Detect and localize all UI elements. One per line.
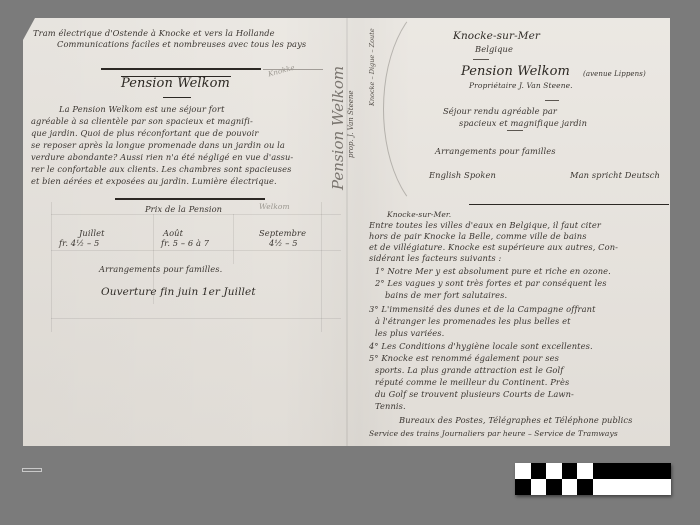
left-body-line: La Pension Welkom est une séjour fort xyxy=(59,104,225,115)
right-english: English Spoken xyxy=(429,170,496,181)
price-value-juillet: fr. 4½ – 5 xyxy=(59,238,99,249)
right-line-3: Arrangements pour familles xyxy=(435,146,556,157)
right-body-line: et de villégiature. Knocke est supérieur… xyxy=(369,242,618,253)
right-services-line-1: Bureaux des Postes, Télégraphes et Télép… xyxy=(399,415,633,426)
pencil-note-top: Knokke xyxy=(267,63,296,81)
right-line-1: Séjour rendu agréable par xyxy=(443,106,557,117)
right-divider xyxy=(473,59,489,60)
scale-cell xyxy=(531,463,547,479)
scale-bar xyxy=(515,463,671,495)
scale-cell xyxy=(546,463,562,479)
right-divider xyxy=(545,100,559,101)
right-body-line: réputé comme le meilleur du Continent. P… xyxy=(375,377,569,388)
right-body-line: bains de mer fort salutaires. xyxy=(385,290,507,301)
left-body-line: que jardin. Quoi de plus réconfortant qu… xyxy=(31,128,258,139)
opening-line: Ouverture fin juin 1er Juillet xyxy=(101,286,256,299)
right-divider xyxy=(507,130,523,131)
scan-marker xyxy=(22,468,42,472)
price-pencil-note: Welkom xyxy=(259,201,290,212)
right-title: Pension Welkom xyxy=(461,64,570,79)
pencil-ruling xyxy=(321,202,322,332)
scale-cell xyxy=(577,479,593,495)
scale-cell xyxy=(562,463,578,479)
right-country: Belgique xyxy=(475,44,513,55)
scale-cell xyxy=(531,479,547,495)
right-proprietor: Propriétaire J. Van Steene. xyxy=(469,80,573,91)
right-body-line: du Golf se trouvent plusieurs Courts de … xyxy=(375,389,574,400)
left-page-title: Pension Welkom xyxy=(121,76,230,91)
pencil-ruling xyxy=(51,202,52,332)
left-body-line: agréable à sa clientèle par son spacieux… xyxy=(31,116,253,127)
right-title-note: (avenue Lippens) xyxy=(583,69,646,80)
margin-vertical-proprietor: prop. J. Van Steene xyxy=(347,90,355,158)
right-section-rule xyxy=(469,204,669,205)
right-body-line: Entre toutes les villes d'eaux en Belgiq… xyxy=(369,220,601,231)
scale-cell xyxy=(515,463,531,479)
price-value-septembre: 4½ – 5 xyxy=(269,238,298,249)
margin-vertical-address: Knocke – Digue – Zoute xyxy=(368,28,376,106)
right-services-line-2: Service des trains Journaliers par heure… xyxy=(369,428,618,439)
scale-cell xyxy=(577,463,593,479)
pencil-ruling xyxy=(233,214,234,264)
scale-cell xyxy=(515,479,531,495)
title-overline xyxy=(121,76,231,77)
document-sheet: Tram électrique d'Ostende à Knocke et ve… xyxy=(23,18,670,446)
right-german: Man spricht Deutsch xyxy=(570,170,660,181)
right-body-line: 1° Notre Mer y est absolument pure et ri… xyxy=(375,266,611,277)
pencil-ruling xyxy=(51,250,341,251)
price-value-aout: fr. 5 – 6 à 7 xyxy=(161,238,209,249)
scale-cell xyxy=(562,479,578,495)
right-line-2: spacieux et magnifique jardin xyxy=(459,118,587,129)
families-line: Arrangements pour familles. xyxy=(99,264,222,275)
right-body-line: les plus variées. xyxy=(375,328,444,339)
right-body-line: 3° L'immensité des dunes et de la Campag… xyxy=(369,304,596,315)
right-body-line: sidérant les facteurs suivants : xyxy=(369,253,501,264)
scale-cell xyxy=(546,479,562,495)
header-line-1: Tram électrique d'Ostende à Knocke et ve… xyxy=(33,28,275,39)
right-body-line: 5° Knocke est renommé également pour ses xyxy=(369,353,559,364)
header-rule xyxy=(101,68,261,70)
left-body-line: et bien aérées et exposées au jardin. Lu… xyxy=(31,176,277,187)
price-heading: Prix de la Pension xyxy=(145,204,222,215)
left-body-line: rer le confortable aux clients. Les cham… xyxy=(31,164,291,175)
right-body-line: à l'étranger les promenades les plus bel… xyxy=(375,316,571,327)
right-body-line: 2° Les vagues y sont très fortes et par … xyxy=(375,278,607,289)
left-body-line: verdure abondante? Aussi rien n'a été né… xyxy=(31,152,293,163)
price-rule xyxy=(115,198,265,200)
right-body-line: hors de pair Knocke la Belle, comme vill… xyxy=(369,231,587,242)
pencil-ruling xyxy=(51,318,341,319)
scale-cell xyxy=(593,479,672,495)
right-place: Knocke-sur-Mer xyxy=(453,30,540,43)
right-section-heading: Knocke-sur-Mer. xyxy=(387,209,451,220)
header-line-2: Communications faciles et nombreuses ave… xyxy=(57,39,306,50)
scale-cell xyxy=(593,463,672,479)
right-body-line: 4° Les Conditions d'hygiène locale sont … xyxy=(369,341,593,352)
left-body-line: se reposer après la longue promenade dan… xyxy=(31,140,285,151)
right-body-line: Tennis. xyxy=(375,401,406,412)
right-body-line: sports. La plus grande attraction est le… xyxy=(375,365,563,376)
margin-vertical-title: Pension Welkom xyxy=(329,66,347,190)
title-underline xyxy=(163,97,191,98)
